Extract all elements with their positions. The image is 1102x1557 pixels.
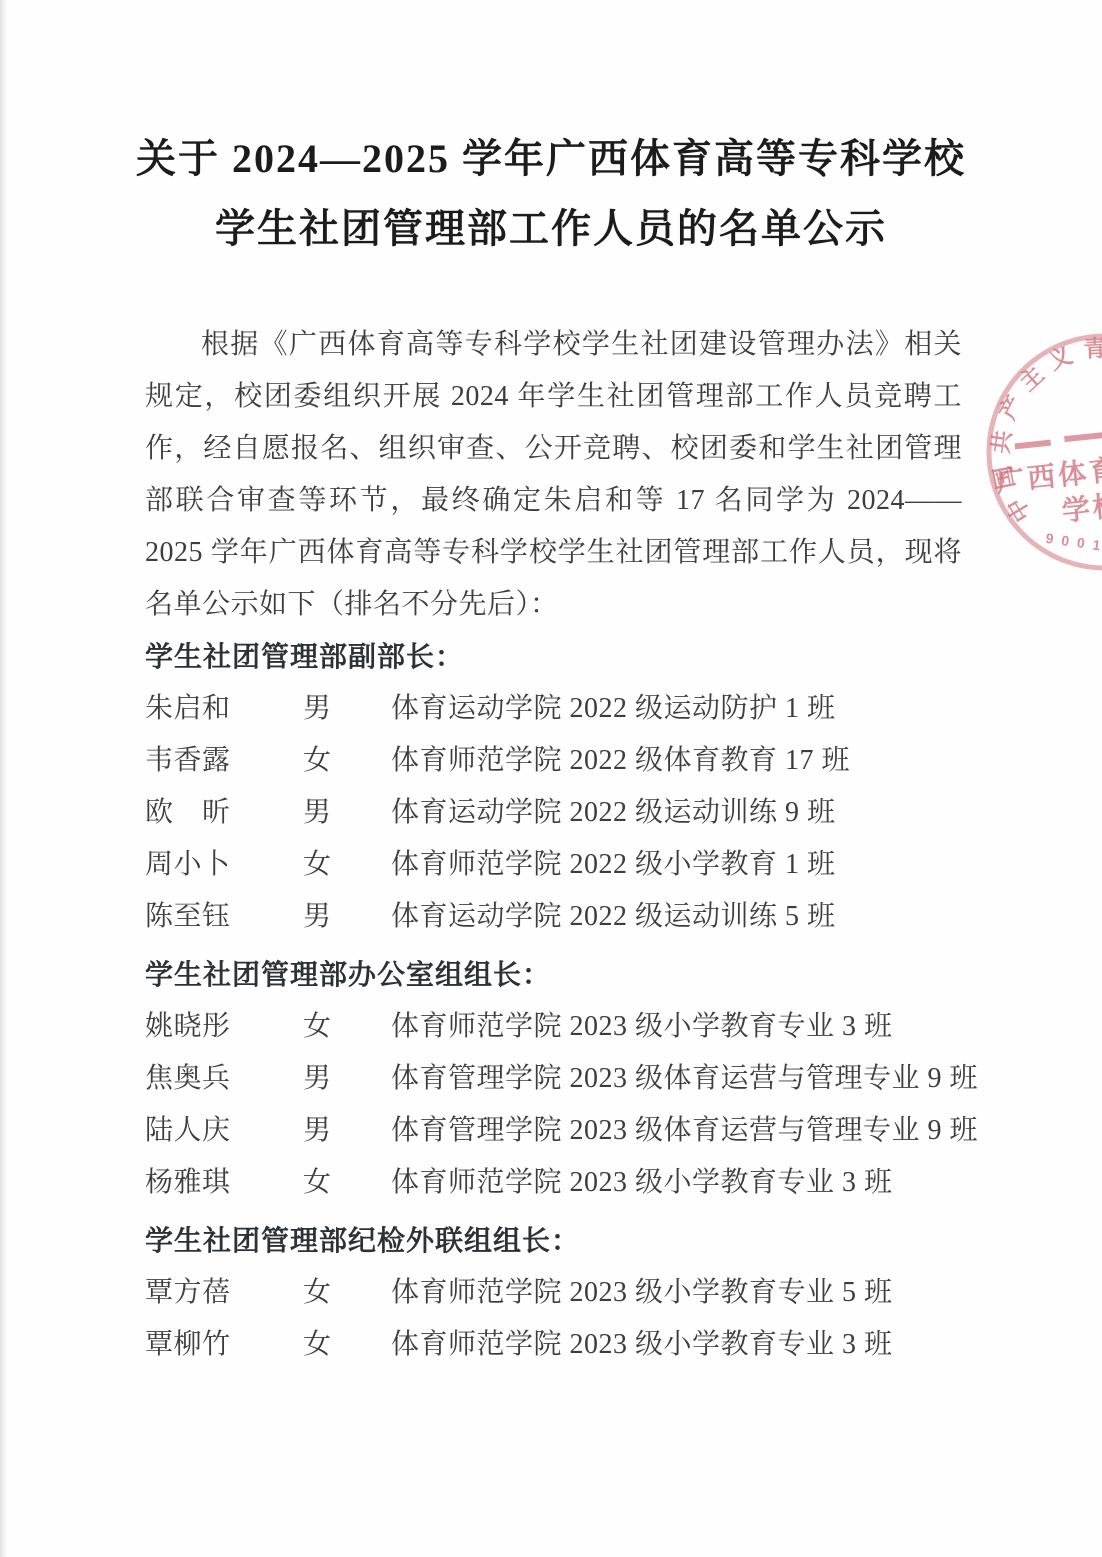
member-row: 覃柳竹 女 体育师范学院 2023 级小学教育专业 3 班 <box>145 1319 962 1371</box>
member-row: 陆人庆 男 体育管理学院 2023 级体育运营与管理专业 9 班 <box>145 1105 962 1157</box>
member-gender: 女 <box>303 839 391 891</box>
member-row: 姚晓彤 女 体育师范学院 2023 级小学教育专业 3 班 <box>145 1001 962 1053</box>
member-row: 周小卜 女 体育师范学院 2022 级小学教育 1 班 <box>145 839 962 891</box>
member-name: 焦奥兵 <box>145 1053 303 1105</box>
scanned-document-page: 关于 2024—2025 学年广西体育高等专科学校 学生社团管理部工作人员的名单… <box>0 0 1102 1557</box>
member-gender: 女 <box>303 1319 391 1371</box>
member-gender: 男 <box>303 787 391 839</box>
member-class: 体育师范学院 2023 级小学教育专业 3 班 <box>391 1157 962 1209</box>
document-title: 关于 2024—2025 学年广西体育高等专科学校 学生社团管理部工作人员的名单… <box>0 0 1102 264</box>
member-class: 体育运动学院 2022 级运动训练 5 班 <box>391 891 962 943</box>
member-row: 韦香露 女 体育师范学院 2022 级体育教育 17 班 <box>145 735 962 787</box>
member-gender: 男 <box>303 683 391 735</box>
member-row: 覃方蓓 女 体育师范学院 2023 级小学教育专业 5 班 <box>145 1267 962 1319</box>
member-name: 周小卜 <box>145 839 303 891</box>
section-office-group-leaders: 学生社团管理部办公室组组长： 姚晓彤 女 体育师范学院 2023 级小学教育专业… <box>145 949 962 1209</box>
member-class: 体育师范学院 2022 级体育教育 17 班 <box>391 735 962 787</box>
section-vice-ministers: 学生社团管理部副部长： 朱启和 男 体育运动学院 2022 级运动防护 1 班 … <box>145 631 962 943</box>
member-class: 体育运动学院 2022 级运动训练 9 班 <box>391 787 962 839</box>
member-name: 杨雅琪 <box>145 1157 303 1209</box>
member-name: 韦香露 <box>145 735 303 787</box>
section-discipline-liaison-group-leaders: 学生社团管理部纪检外联组组长： 覃方蓓 女 体育师范学院 2023 级小学教育专… <box>145 1215 962 1371</box>
document-body: 根据《广西体育高等专科学校学生社团建设管理办法》相关规定，校团委组织开展 202… <box>0 319 1102 1371</box>
member-gender: 女 <box>303 735 391 787</box>
member-name: 覃柳竹 <box>145 1319 303 1371</box>
member-name: 陈至钰 <box>145 891 303 943</box>
member-row: 欧 昕 男 体育运动学院 2022 级运动训练 9 班 <box>145 787 962 839</box>
member-class: 体育管理学院 2023 级体育运营与管理专业 9 班 <box>391 1053 978 1105</box>
document-title-line1: 关于 2024—2025 学年广西体育高等专科学校 <box>0 124 1102 194</box>
member-class: 体育运动学院 2022 级运动防护 1 班 <box>391 683 962 735</box>
member-gender: 女 <box>303 1001 391 1053</box>
member-name: 覃方蓓 <box>145 1267 303 1319</box>
member-class: 体育师范学院 2023 级小学教育专业 3 班 <box>391 1001 962 1053</box>
member-gender: 女 <box>303 1267 391 1319</box>
member-class: 体育师范学院 2023 级小学教育专业 3 班 <box>391 1319 962 1371</box>
member-gender: 男 <box>303 891 391 943</box>
member-name: 陆人庆 <box>145 1105 303 1157</box>
member-gender: 女 <box>303 1157 391 1209</box>
member-name: 姚晓彤 <box>145 1001 303 1053</box>
member-name: 欧 昕 <box>145 787 303 839</box>
member-name: 朱启和 <box>145 683 303 735</box>
member-gender: 男 <box>303 1053 391 1105</box>
member-row: 杨雅琪 女 体育师范学院 2023 级小学教育专业 3 班 <box>145 1157 962 1209</box>
section-heading: 学生社团管理部办公室组组长： <box>145 949 962 1001</box>
section-heading: 学生社团管理部纪检外联组组长： <box>145 1215 962 1267</box>
intro-paragraph: 根据《广西体育高等专科学校学生社团建设管理办法》相关规定，校团委组织开展 202… <box>145 319 962 631</box>
member-row: 焦奥兵 男 体育管理学院 2023 级体育运营与管理专业 9 班 <box>145 1053 962 1105</box>
member-gender: 男 <box>303 1105 391 1157</box>
member-class: 体育师范学院 2022 级小学教育 1 班 <box>391 839 962 891</box>
member-row: 朱启和 男 体育运动学院 2022 级运动防护 1 班 <box>145 683 962 735</box>
document-title-line2: 学生社团管理部工作人员的名单公示 <box>0 194 1102 264</box>
section-heading: 学生社团管理部副部长： <box>145 631 962 683</box>
member-row: 陈至钰 男 体育运动学院 2022 级运动训练 5 班 <box>145 891 962 943</box>
member-class: 体育师范学院 2023 级小学教育专业 5 班 <box>391 1267 962 1319</box>
member-class: 体育管理学院 2023 级体育运营与管理专业 9 班 <box>391 1105 978 1157</box>
